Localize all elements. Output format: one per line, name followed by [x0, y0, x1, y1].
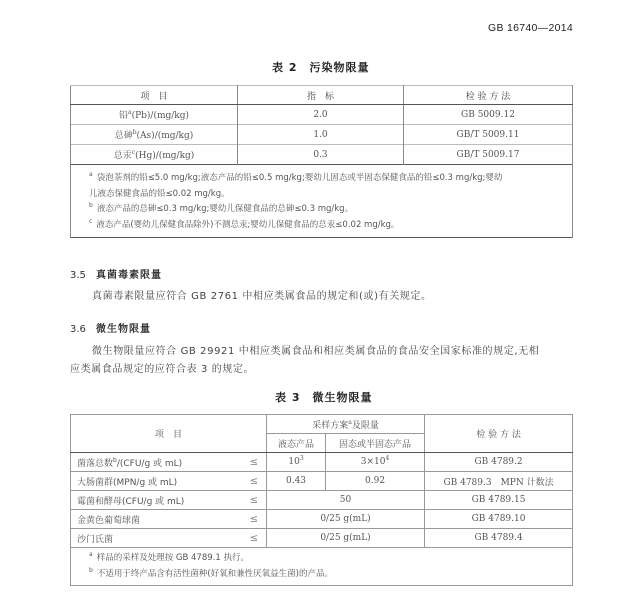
method-cell: GB 5009.12: [404, 105, 573, 125]
section-3-5-body: 真菌毒素限量应符合 GB 2761 中相应类属食品的规定和(或)有关规定。: [92, 286, 432, 307]
footnote-b: b不适用于终产品含有活性菌种(好氧和兼性厌氧益生菌)的产品。: [89, 567, 572, 583]
le-symbol: ≤: [233, 529, 267, 548]
header-item: 项 目: [71, 86, 238, 105]
item-cell: 总砷b(As)/(mg/kg): [71, 125, 238, 145]
value-cell: 2.0: [238, 105, 404, 125]
le-symbol: ≤: [233, 491, 267, 510]
table2-header-row: 项 目 指 标 检 验 方 法: [71, 86, 573, 105]
table-row: 金黄色葡萄球菌 ≤ 0/25 g(mL) GB 4789.10: [71, 510, 573, 529]
table2-contaminant-limits: 项 目 指 标 检 验 方 法 铅a(Pb)/(mg/kg) 2.0 GB 50…: [70, 85, 573, 238]
le-symbol: ≤: [233, 472, 267, 491]
item-cell: 铅a(Pb)/(mg/kg): [71, 105, 238, 125]
table-row: 大肠菌群(MPN/g 或 mL) ≤ 0.43 0.92 GB 4789.3 M…: [71, 472, 573, 491]
liquid-cell: 0.43: [267, 472, 326, 491]
solid-cell: 0.92: [326, 472, 425, 491]
item-cell: 金黄色葡萄球菌: [71, 510, 233, 529]
header-solid: 固态或半固态产品: [326, 434, 425, 453]
item-cell: 总汞c(Hg)/(mg/kg): [71, 145, 238, 165]
method-cell: GB/T 5009.11: [404, 125, 573, 145]
merged-limit-cell: 0/25 g(mL): [267, 510, 425, 529]
le-symbol: ≤: [233, 453, 267, 472]
merged-limit-cell: 50: [267, 491, 425, 510]
footnote-b: b液态产品的总砷≤0.3 mg/kg;婴幼儿保健食品的总砷≤0.3 mg/kg。: [89, 202, 572, 218]
header-method: 检 验 方 法: [425, 415, 573, 453]
footnote-a: a样品的采样及处理按 GB 4789.1 执行。: [89, 551, 572, 567]
footnote-a-continued: 儿液态保健食品的铅≤0.02 mg/kg。: [89, 187, 572, 203]
table-row: 沙门氏菌 ≤ 0/25 g(mL) GB 4789.4: [71, 529, 573, 548]
table3-notes-row: a样品的采样及处理按 GB 4789.1 执行。 b不适用于终产品含有活性菌种(…: [71, 548, 573, 586]
method-cell: GB 4789.2: [425, 453, 573, 472]
table-row: 总汞c(Hg)/(mg/kg) 0.3 GB/T 5009.17: [71, 145, 573, 165]
item-cell: 霉菌和酵母(CFU/g 或 mL): [71, 491, 233, 510]
solid-cell: 3×104: [326, 453, 425, 472]
section-3-6-heading: 3.6微生物限量: [70, 320, 151, 335]
footnote-c: c液态产品(婴幼儿保健食品除外)不测总汞;婴幼儿保健食品的总汞≤0.02 mg/…: [89, 218, 572, 234]
header-liquid: 液态产品: [267, 434, 326, 453]
merged-limit-cell: 0/25 g(mL): [267, 529, 425, 548]
liquid-cell: 103: [267, 453, 326, 472]
table3-microbial-limits: 项 目 采样方案a及限量 检 验 方 法 液态产品 固态或半固态产品 菌落总数b…: [70, 414, 573, 586]
item-cell: 大肠菌群(MPN/g 或 mL): [71, 472, 233, 491]
method-cell: GB 4789.15: [425, 491, 573, 510]
header-indicator: 指 标: [238, 86, 404, 105]
section-3-6-body-line2: 应类属食品规定的应符合表 3 的规定。: [70, 359, 254, 380]
header-item: 项 目: [71, 415, 267, 453]
header-sampling-plan: 采样方案a及限量: [267, 415, 425, 434]
section-3-5-heading: 3.5真菌毒素限量: [70, 266, 162, 281]
method-cell: GB/T 5009.17: [404, 145, 573, 165]
table-row: 菌落总数b/(CFU/g 或 mL) ≤ 103 3×104 GB 4789.2: [71, 453, 573, 472]
table-row: 霉菌和酵母(CFU/g 或 mL) ≤ 50 GB 4789.15: [71, 491, 573, 510]
value-cell: 1.0: [238, 125, 404, 145]
standard-code: GB 16740—2014: [488, 22, 573, 34]
table2-title: 表 2 污染物限量: [272, 59, 369, 75]
footnote-a: a袋泡茶剂的铅≤5.0 mg/kg;液态产品的铅≤0.5 mg/kg;婴幼儿固态…: [89, 171, 572, 187]
table3-title: 表 3 微生物限量: [275, 389, 372, 405]
table-row: 总砷b(As)/(mg/kg) 1.0 GB/T 5009.11: [71, 125, 573, 145]
item-cell: 沙门氏菌: [71, 529, 233, 548]
method-cell: GB 4789.4: [425, 529, 573, 548]
value-cell: 0.3: [238, 145, 404, 165]
le-symbol: ≤: [233, 510, 267, 529]
table2-notes-row: a袋泡茶剂的铅≤5.0 mg/kg;液态产品的铅≤0.5 mg/kg;婴幼儿固态…: [71, 165, 573, 238]
table-row: 铅a(Pb)/(mg/kg) 2.0 GB 5009.12: [71, 105, 573, 125]
item-cell: 菌落总数b/(CFU/g 或 mL): [71, 453, 233, 472]
header-method: 检 验 方 法: [404, 86, 573, 105]
method-cell: GB 4789.3 MPN 计数法: [425, 472, 573, 491]
method-cell: GB 4789.10: [425, 510, 573, 529]
